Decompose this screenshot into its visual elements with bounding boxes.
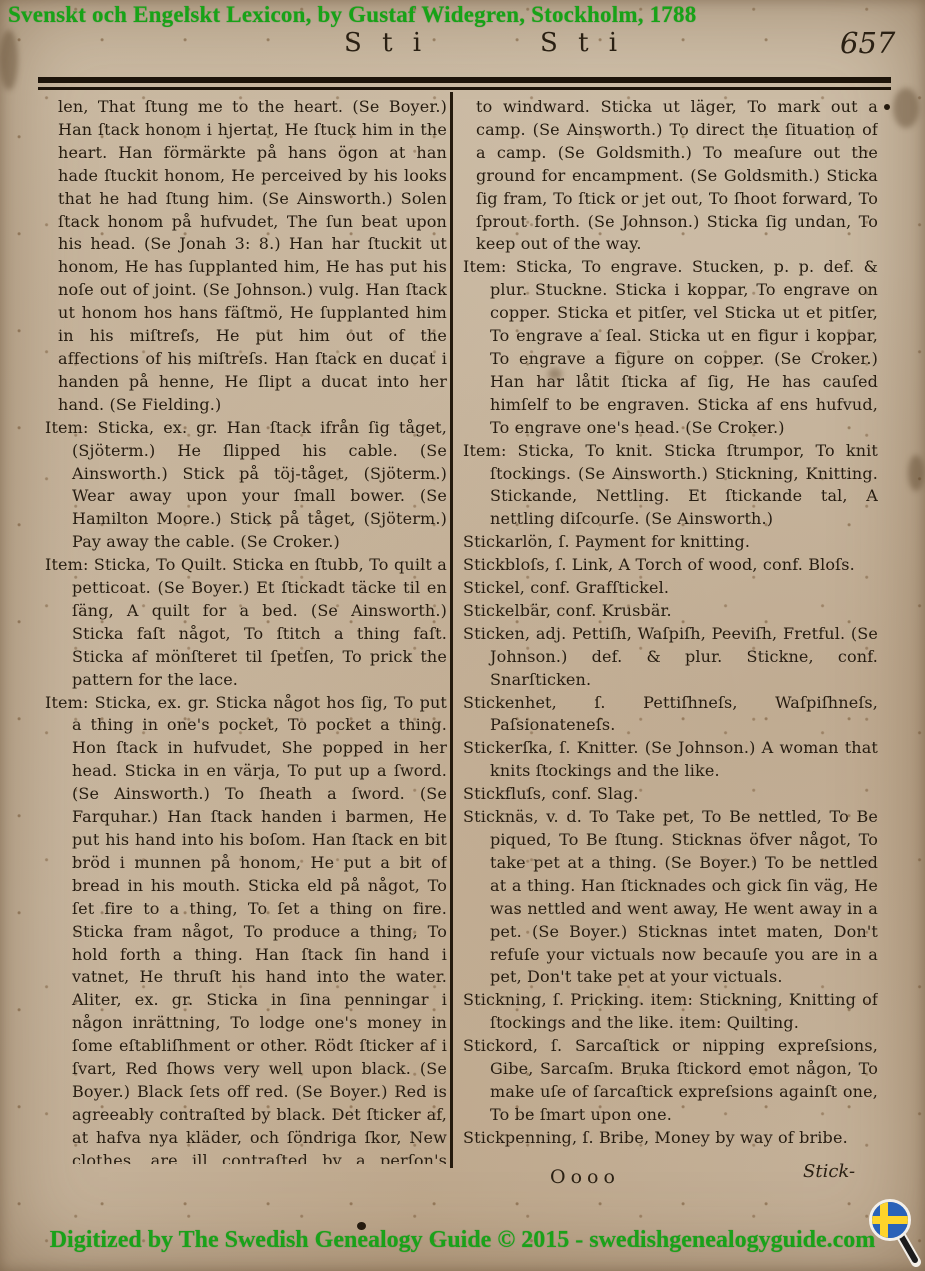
- catchword: Stick-: [803, 1161, 855, 1182]
- column-divider-rule: [450, 92, 453, 1168]
- ink-speck: [884, 104, 890, 110]
- entry-paragraph: Stickenhet, ſ. Pettiſhneſs, Waſpiſhneſs,…: [463, 692, 878, 738]
- entry-paragraph: Sticknäs, v. d. To Take pet, To Be nettl…: [463, 806, 878, 989]
- swedish-flag-magnifier-icon: [866, 1198, 922, 1268]
- paper-stain: [893, 88, 919, 128]
- scanned-dictionary-page: Svenskt och Engelskt Lexicon, by Gustaf …: [0, 0, 925, 1271]
- entry-paragraph: Stickord, ſ. Sarcaſtick or nipping expre…: [463, 1035, 878, 1127]
- running-head-left: S t i: [344, 28, 427, 58]
- entry-paragraph: Stickpenning, ſ. Bribe, Money by way of …: [463, 1127, 878, 1150]
- entry-paragraph: Stickbloſs, ſ. Link, A Torch of wood, co…: [463, 554, 878, 577]
- entry-paragraph: Stickerſka, ſ. Knitter. (Se Johnson.) A …: [463, 737, 878, 783]
- entry-paragraph: Stickfluſs, conf. Slag.: [463, 783, 878, 806]
- entry-paragraph: Stickelbär, conf. Krusbär.: [463, 600, 878, 623]
- right-column: to windward. Sticka ut läger, To mark ou…: [463, 96, 878, 1164]
- running-head-right: S t i: [540, 28, 623, 58]
- entry-paragraph: Sticken, adj. Pettiſh, Waſpiſh, Peeviſh,…: [463, 623, 878, 692]
- ink-speck: [357, 1222, 366, 1230]
- entry-paragraph: to windward. Sticka ut läger, To mark ou…: [463, 96, 878, 256]
- signature-mark: Oooo: [550, 1166, 620, 1188]
- entry-paragraph: Stickel, conf. Grafſtickel.: [463, 577, 878, 600]
- entry-paragraph: Item: Sticka, To engrave. Stucken, p. p.…: [463, 256, 878, 439]
- entry-paragraph: Item: Sticka, To Quilt. Sticka en ſtubb,…: [45, 554, 447, 691]
- digitization-credit-overlay: Digitized by The Swedish Genealogy Guide…: [0, 1227, 925, 1254]
- running-head: S t i S t i 657: [0, 28, 925, 64]
- entry-paragraph: Item: Sticka, ex. gr. Han ſtack ifrån ſi…: [45, 417, 447, 554]
- entry-paragraph: Stickarlön, ſ. Payment for knitting.: [463, 531, 878, 554]
- entry-paragraph: Item: Sticka, To knit. Sticka ſtrumpor, …: [463, 440, 878, 532]
- entry-paragraph: Item: Sticka, ex. gr. Sticka något hos ſ…: [45, 692, 447, 1164]
- entry-paragraph: Stickning, ſ. Pricking. item: Stickning,…: [463, 989, 878, 1035]
- header-double-rule: [38, 77, 891, 90]
- left-column: len, That ſtung me to the heart. (Se Boy…: [45, 96, 447, 1164]
- paper-stain: [908, 455, 924, 491]
- digitization-title-overlay: Svenskt och Engelskt Lexicon, by Gustaf …: [8, 2, 788, 28]
- paper-stain: [0, 30, 18, 90]
- entry-paragraph: len, That ſtung me to the heart. (Se Boy…: [45, 96, 447, 417]
- paper-stain: [548, 368, 562, 380]
- page-number: 657: [840, 26, 895, 60]
